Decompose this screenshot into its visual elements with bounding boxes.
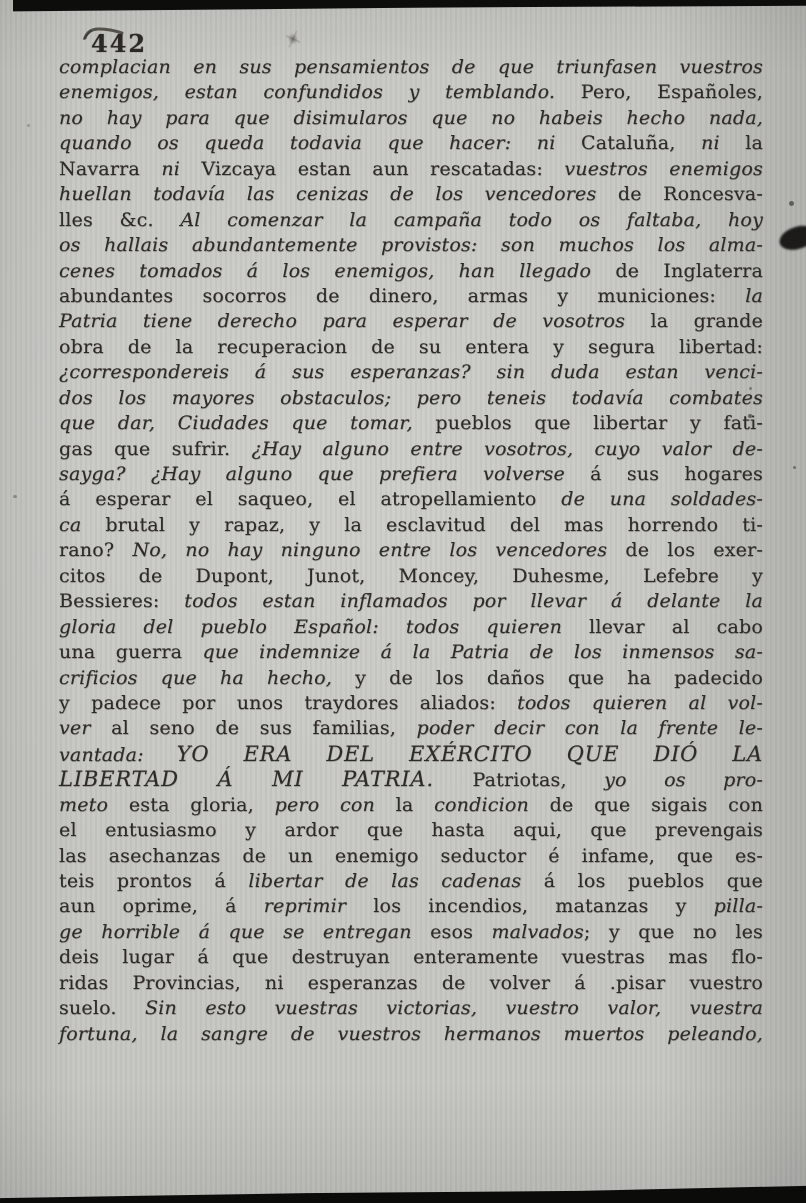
page-number: 442 (91, 29, 147, 58)
text-segment: crificios que ha hecho, (59, 667, 355, 689)
text-segment: os hallais abundantemente provistos: son… (59, 234, 763, 256)
text-segment: llevar al cabo (589, 616, 763, 638)
text-segment: vantada: (59, 744, 177, 766)
text-segment: ca (59, 514, 105, 536)
text-segment: pilla- (714, 895, 763, 917)
body-text: complacian en sus pensamientos de que tr… (59, 55, 763, 1047)
text-line: abundantes socorros de dinero, armas y m… (59, 284, 763, 309)
text-segment: de una soldades- (561, 488, 763, 510)
text-segment: complacian en sus pensamientos de que tr… (59, 56, 763, 78)
text-segment: teis prontos á (59, 870, 248, 892)
text-line: os hallais abundantemente provistos: son… (59, 233, 763, 258)
text-segment: sayga? ¿Hay alguno que prefiera volverse (59, 463, 590, 485)
text-line: LIBERTAD Á MI PATRIA. Patriotas, yo os p… (59, 767, 763, 792)
text-segment: Sin esto vuestras victorias, vuestro val… (145, 997, 763, 1019)
text-segment: las asechanzas de un enemigo seductor é … (59, 845, 763, 867)
text-segment: LIBERTAD Á MI PATRIA. (59, 767, 472, 791)
text-line: una guerra que indemnize á la Patria de … (59, 640, 763, 665)
text-segment: Vizcaya estan aun rescatadas: (201, 158, 564, 180)
text-segment: fortuna, la sangre de vuestros hermanos … (59, 1023, 763, 1045)
text-line: gas que sufrir. ¿Hay alguno entre vosotr… (59, 437, 763, 462)
ink-speck (793, 466, 796, 469)
text-segment: los incendios, matanzas y (373, 895, 713, 917)
text-line: Navarra ni Vizcaya estan aun rescatadas:… (59, 157, 763, 182)
text-segment: YO ERA DEL EXÉRCITO QUE DIÓ LA (177, 742, 763, 766)
text-segment: abundantes socorros de dinero, armas y m… (59, 285, 745, 307)
text-segment: dos los mayores obstaculos; pero teneis … (59, 387, 763, 409)
text-line: á esperar el saqueo, el atropellamiento … (59, 487, 763, 512)
text-segment: ; y que no les (584, 921, 763, 943)
text-segment: huellan todavía las cenizas de los vence… (59, 183, 618, 205)
text-segment: Cataluña, (581, 132, 701, 154)
text-segment: Pero, Españoles, (581, 81, 763, 103)
text-line: huellan todavía las cenizas de los vence… (59, 182, 763, 207)
text-segment: el entusiasmo y ardor que hasta aqui, qu… (59, 819, 763, 841)
text-segment: gas que sufrir. (59, 438, 252, 460)
text-segment: suelo. (59, 997, 145, 1019)
text-line: suelo. Sin esto vuestras victorias, vues… (59, 996, 763, 1021)
text-line: deis lugar á que destruyan enteramente v… (59, 945, 763, 970)
text-segment: gloria del pueblo Español: todos quieren (59, 616, 589, 638)
text-segment: la (745, 285, 763, 307)
text-line: ge horrible á que se entregan esos malva… (59, 920, 763, 945)
text-segment: pueblos que libertar y fati- (435, 412, 763, 434)
text-segment: de que sigais con (550, 794, 763, 816)
text-line: el entusiasmo y ardor que hasta aqui, qu… (59, 818, 763, 843)
text-line: teis prontos á libertar de las cadenas á… (59, 869, 763, 894)
text-segment: Bessieres: (59, 590, 184, 612)
text-segment: Patria tiene derecho para esperar de vos… (59, 310, 650, 332)
text-line: dos los mayores obstaculos; pero teneis … (59, 386, 763, 411)
text-segment: de Roncesva- (618, 183, 763, 205)
ink-speck (789, 201, 794, 206)
text-segment: aun oprime, á (59, 895, 264, 917)
text-line: crificios que ha hecho, y de los daños q… (59, 666, 763, 691)
text-segment: rano? (59, 539, 132, 561)
text-segment: No, no hay ninguno entre los vencedores (132, 539, 625, 561)
text-segment: poder decir con la frente le- (417, 717, 763, 739)
text-segment: esta gloria, (129, 794, 275, 816)
text-line: ca brutal y rapaz, y la esclavitud del m… (59, 513, 763, 538)
text-segment: ni (701, 132, 745, 154)
text-line: gloria del pueblo Español: todos quieren… (59, 615, 763, 640)
text-segment: la (745, 132, 763, 154)
text-line: cenes tomados á los enemigos, han llegad… (59, 259, 763, 284)
text-segment: que dar, Ciudades que tomar, (59, 412, 435, 434)
text-line: y padece por unos traydores aliados: tod… (59, 691, 763, 716)
text-segment: y padece por unos traydores aliados: (59, 692, 517, 714)
text-line: enemigos, estan confundidos y temblando.… (59, 80, 763, 105)
ink-speck (27, 124, 30, 127)
text-line: fortuna, la sangre de vuestros hermanos … (59, 1022, 763, 1047)
text-line: rano? No, no hay ninguno entre los vence… (59, 538, 763, 563)
scan-edge-top (13, 0, 806, 12)
scanned-book-page: 442 complacian en sus pensamientos de qu… (0, 0, 806, 1203)
text-segment: ¿correspondereis á sus esperanzas? sin d… (59, 361, 763, 383)
text-segment: reprimir (264, 895, 374, 917)
text-segment: Navarra (59, 158, 161, 180)
text-segment: libertar de las cadenas (248, 870, 543, 892)
text-line: sayga? ¿Hay alguno que prefiera volverse… (59, 462, 763, 487)
text-segment: Al comenzar la campaña todo os faltaba, … (180, 209, 763, 231)
text-segment: la grande (650, 310, 763, 332)
text-segment: ni (537, 132, 581, 154)
scan-edge-bottom (0, 1181, 806, 1203)
text-line: meto esta gloria, pero con la condicion … (59, 793, 763, 818)
text-segment: deis lugar á que destruyan enteramente v… (59, 946, 763, 968)
text-segment: á los pueblos que (544, 870, 763, 892)
text-line: no hay para que disimularos que no habei… (59, 106, 763, 131)
text-segment: yo os pro- (604, 769, 763, 791)
text-segment: ¿Hay alguno entre vosotros, cuyo valor d… (252, 438, 763, 460)
text-segment: cenes tomados á los enemigos, han llegad… (59, 260, 615, 282)
text-segment: ridas Provincias, ni esperanzas de volve… (59, 972, 763, 994)
text-line: complacian en sus pensamientos de que tr… (59, 55, 763, 80)
text-segment: malvados (491, 921, 583, 943)
text-line: vantada: YO ERA DEL EXÉRCITO QUE DIÓ LA (59, 742, 763, 767)
ink-speck (13, 495, 17, 498)
text-segment: y de los daños que ha padecido (355, 667, 763, 689)
text-segment: vuestros enemigos (564, 158, 763, 180)
text-segment: ni (161, 158, 201, 180)
text-segment: Patriotas, (472, 769, 604, 791)
text-segment: quando os queda todavia que hacer: (59, 132, 537, 154)
text-segment: esos (430, 921, 491, 943)
ink-blob-right-edge (777, 222, 806, 253)
text-segment: enemigos, estan confundidos y temblando. (59, 81, 581, 103)
text-segment: lles &c. (59, 209, 180, 231)
text-line: ridas Provincias, ni esperanzas de volve… (59, 971, 763, 996)
text-line: ver al seno de sus familias, poder decir… (59, 716, 763, 741)
text-segment: ge horrible á que se entregan (59, 921, 430, 943)
text-segment: brutal y rapaz, y la esclavitud del mas … (105, 514, 763, 536)
text-segment: á sus hogares (590, 463, 763, 485)
text-segment: que indemnize á la Patria de los inmenso… (203, 641, 763, 663)
text-segment: meto (59, 794, 129, 816)
text-line: Bessieres: todos estan inflamados por ll… (59, 589, 763, 614)
text-segment: no hay para que disimularos que no habei… (59, 107, 763, 129)
text-segment: al seno de sus familias, (111, 717, 416, 739)
text-segment: á esperar el saqueo, el atropellamiento (59, 488, 561, 510)
ink-smudge-blot (286, 31, 300, 47)
text-line: Patria tiene derecho para esperar de vos… (59, 309, 763, 334)
text-line: que dar, Ciudades que tomar, pueblos que… (59, 411, 763, 436)
text-line: quando os queda todavia que hacer: ni Ca… (59, 131, 763, 156)
text-segment: una guerra (59, 641, 203, 663)
text-segment: la (396, 794, 435, 816)
text-line: obra de la recuperacion de su entera y s… (59, 335, 763, 360)
text-segment: todos estan inflamados por llevar á dela… (184, 590, 763, 612)
text-segment: de los exer- (625, 539, 763, 561)
text-segment: condicion (434, 794, 549, 816)
text-segment: todos quieren al vol- (517, 692, 763, 714)
text-line: las asechanzas de un enemigo seductor é … (59, 844, 763, 869)
text-segment: citos de Dupont, Junot, Moncey, Duhesme,… (59, 565, 763, 587)
text-segment: obra de la recuperacion de su entera y s… (59, 336, 763, 358)
text-line: ¿correspondereis á sus esperanzas? sin d… (59, 360, 763, 385)
text-segment: de Inglaterra (615, 260, 763, 282)
text-line: aun oprime, á reprimir los incendios, ma… (59, 894, 763, 919)
text-segment: pero con (275, 794, 396, 816)
text-segment: ver (59, 717, 111, 739)
text-line: lles &c. Al comenzar la campaña todo os … (59, 208, 763, 233)
text-line: citos de Dupont, Junot, Moncey, Duhesme,… (59, 564, 763, 589)
